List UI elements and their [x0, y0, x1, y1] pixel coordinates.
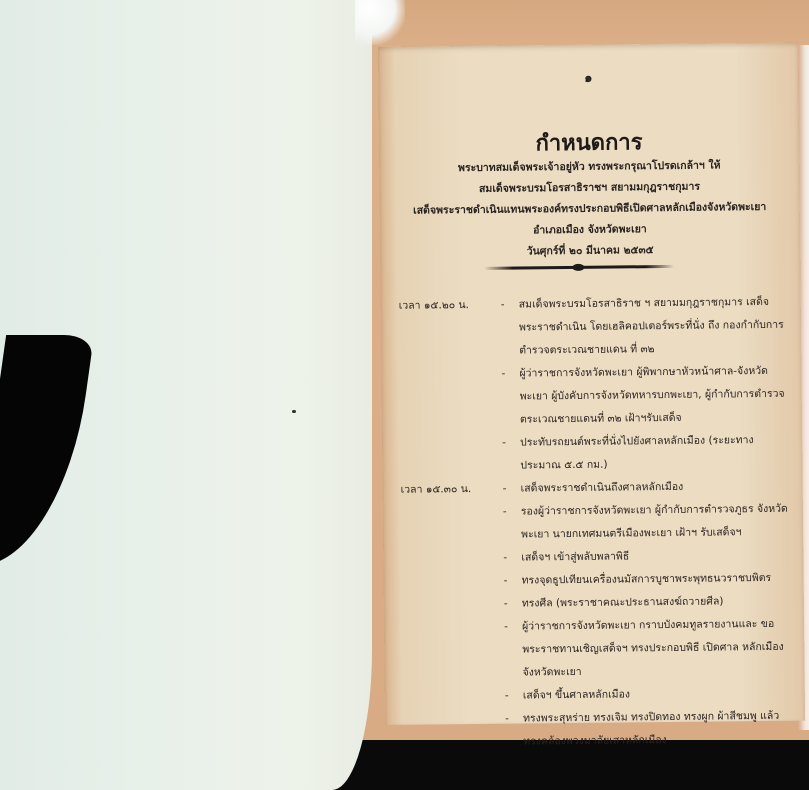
dust-speck [292, 410, 296, 413]
schedule-item: -รองผู้ว่าราชการจังหวัดพะเยา ผู้กำกับการ… [503, 498, 791, 547]
subtitle: พระบาทสมเด็จพระเจ้าอยู่หัว ทรงพระกรุณาโป… [379, 155, 800, 264]
schedule-item: -ประทับรถยนต์พระที่นั่งไปยังศาลหลักเมือง… [502, 429, 790, 478]
page-number: ๑ [378, 65, 798, 90]
schedule-item: -ทรงพระสุหร่าย ทรงเจิม ทรงปิดทอง ทรงผูก … [505, 705, 793, 754]
ornamental-divider [484, 265, 674, 270]
schedule-item: -เสด็จฯ เข้าสู่พลับพลาพิธี [503, 544, 791, 570]
schedule: เวลา ๑๕.๒๐ น. -สมเด็จพระบรมโอรสาธิราช ฯ … [399, 291, 794, 755]
schedule-item: -ทรงจุดธูปเทียนเครื่องนมัสการบูชาพระพุทธ… [503, 567, 791, 593]
schedule-block: เวลา ๑๕.๓๐ น. -เสด็จพระราชดำเนินถึงศาลหล… [401, 475, 794, 755]
schedule-item: -ผู้ว่าราชการจังหวัดพะเยา กราบบังคมทูลรา… [504, 613, 793, 685]
schedule-item: -ทรงศีล (พระราชาคณะประธานสงฆ์ถวายศีล) [504, 590, 792, 616]
subtitle-line: เสด็จพระราชดำเนินแทนพระองค์ทรงประกอบพิธี… [380, 197, 800, 222]
schedule-time: เวลา ๑๕.๒๐ น. [399, 294, 499, 318]
schedule-item: -ผู้ว่าราชการจังหวัดพะเยา ผู้พิพากษาหัวห… [501, 360, 790, 432]
subtitle-line: วันศุกร์ที่ ๒๐ มีนาคม ๒๕๓๕ [380, 239, 800, 264]
schedule-time: เวลา ๑๕.๓๐ น. [401, 478, 501, 502]
schedule-item: -เสด็จฯ ขึ้นศาลหลักเมือง [505, 682, 793, 708]
schedule-item: -สมเด็จพระบรมโอรสาธิราช ฯ สยามมกุฎราชกุม… [501, 291, 790, 363]
document-page: ๑ กำหนดการ พระบาทสมเด็จพระเจ้าอยู่หัว ทร… [378, 43, 805, 725]
schedule-block: เวลา ๑๕.๒๐ น. -สมเด็จพระบรมโอรสาธิราช ฯ … [399, 291, 791, 479]
schedule-item: -เสด็จพระราชดำเนินถึงศาลหลักเมือง [503, 475, 791, 501]
paper-fiber [355, 0, 405, 45]
